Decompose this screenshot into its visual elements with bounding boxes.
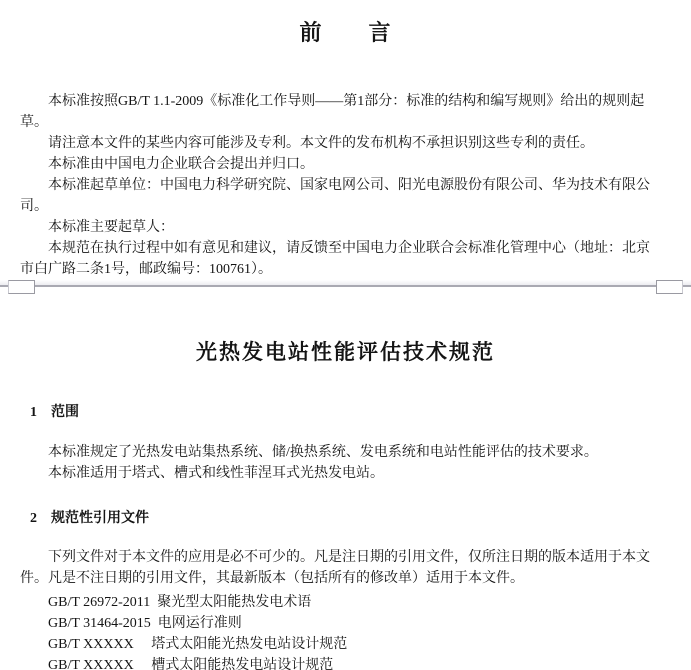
text-line: 件。凡是不注日期的引用文件，其最新版本（包括所有的修改单）适用于本文件。 (20, 568, 681, 589)
reference-item: GB/T XXXXX 槽式太阳能热发电站设计规范 (48, 655, 681, 670)
section-2-heading: 2 规范性引用文件 (30, 507, 149, 527)
text-line: 司。 (20, 196, 681, 217)
reference-item: GB/T XXXXX 塔式太阳能光热发电站设计规范 (48, 634, 681, 655)
section-2-paragraphs: 下列文件对于本文件的应用是必不可少的。凡是注日期的引用文件，仅所注日期的版本适用… (20, 547, 681, 589)
section-1-heading: 1 范围 (30, 401, 79, 421)
text-line: 市白广路二条1号，邮政编号：100761）。 (20, 259, 681, 280)
reference-item: GB/T 26972-2011 聚光型太阳能热发电术语 (48, 592, 681, 613)
text-line: 本标准按照GB/T 1.1-2009《标准化工作导则——第1部分：标准的结构和编… (20, 91, 681, 112)
document-title: 光热发电站性能评估技术规范 (0, 336, 691, 366)
document-page: 前 言 本标准按照GB/T 1.1-2009《标准化工作导则——第1部分：标准的… (0, 0, 691, 670)
foreword-paragraphs: 本标准按照GB/T 1.1-2009《标准化工作导则——第1部分：标准的结构和编… (20, 91, 681, 280)
text-line: 本标准规定了光热发电站集热系统、储/换热系统、发电系统和电站性能评估的技术要求。 (20, 442, 681, 463)
page-break-separator (0, 280, 691, 300)
reference-item: GB/T 31464-2015 电网运行准则 (48, 613, 681, 634)
page-break-line (0, 285, 691, 287)
text-line: 本标准适用于塔式、槽式和线性菲涅耳式光热发电站。 (20, 463, 681, 484)
section-1-paragraphs: 本标准规定了光热发电站集热系统、储/换热系统、发电系统和电站性能评估的技术要求。… (20, 442, 681, 484)
page-corner-mark-left (8, 280, 35, 294)
text-line: 请注意本文件的某些内容可能涉及专利。本文件的发布机构不承担识别这些专利的责任。 (20, 133, 681, 154)
text-line: 本规范在执行过程中如有意见和建议，请反馈至中国电力企业联合会标准化管理中心（地址… (20, 238, 681, 259)
text-line: 草。 (20, 112, 681, 133)
normative-reference-list: GB/T 26972-2011 聚光型太阳能热发电术语 GB/T 31464-2… (48, 592, 681, 670)
text-line: 本标准主要起草人： (20, 217, 681, 238)
text-line: 本标准起草单位：中国电力科学研究院、国家电网公司、阳光电源股份有限公司、华为技术… (20, 175, 681, 196)
text-line: 下列文件对于本文件的应用是必不可少的。凡是注日期的引用文件，仅所注日期的版本适用… (20, 547, 681, 568)
text-line: 本标准由中国电力企业联合会提出并归口。 (20, 154, 681, 175)
page-corner-mark-right (656, 280, 683, 294)
foreword-heading: 前 言 (0, 16, 691, 47)
